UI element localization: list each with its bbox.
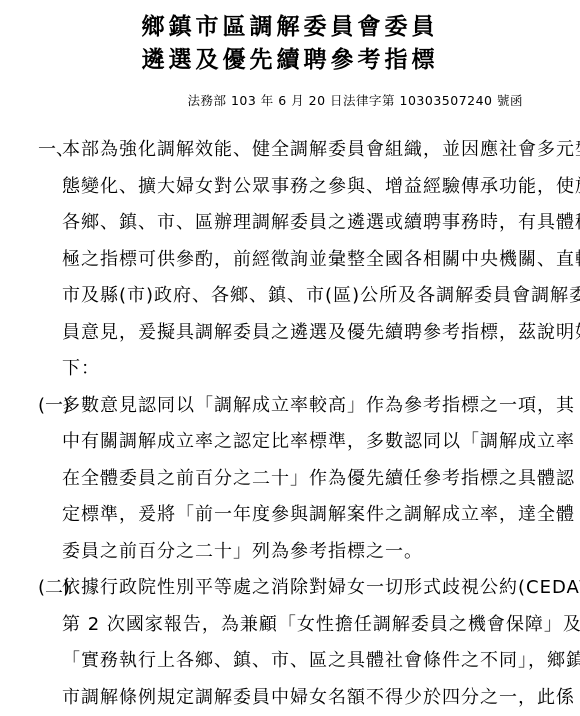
body-line-text: 依據行政院性別平等處之消除對婦女一切形式歧視公約(CEDAW) [62,577,580,598]
body-line: 中有關調解成立率之認定比率標準，多數認同以「調解成立率 [0,424,580,461]
title-line-2: 遴選及優先續聘參考指標 [0,44,580,77]
body-line: 極之指標可供參酌，前經徵詢並彙整全國各相關中央機關、直轄 [0,242,580,279]
body-line: (一)多數意見認同以「調解成立率較高」作為參考指標之一項，其 [0,388,580,425]
body-line-text: 下： [62,358,100,379]
body-line: 市調解條例規定調解委員中婦女名額不得少於四分之一，此係 [0,680,580,716]
body-line: 市及縣(市)政府、各鄉、鎮、市(區)公所及各調解委員會調解委 [0,278,580,315]
body-line: 各鄉、鎮、市、區辦理調解委員之遴選或續聘事務時，有具體積 [0,205,580,242]
body-line: 員意見，爰擬具調解委員之遴選及優先續聘參考指標，茲說明如 [0,315,580,352]
body-line-text: 市及縣(市)政府、各鄉、鎮、市(區)公所及各調解委員會調解委 [62,285,580,306]
body-line-text: 市調解條例規定調解委員中婦女名額不得少於四分之一，此係 [62,687,575,708]
body-line: 定標準，爰將「前一年度參與調解案件之調解成立率，達全體 [0,497,580,534]
document-title: 鄉鎮市區調解委員會委員 遴選及優先續聘參考指標 [0,0,580,77]
body-line-text: 「實務執行上各鄉、鎮、市、區之具體社會條件之不同」，鄉鎮 [62,650,580,671]
body-line: (二)依據行政院性別平等處之消除對婦女一切形式歧視公約(CEDAW) [0,570,580,607]
body-line-text: 各鄉、鎮、市、區辦理調解委員之遴選或續聘事務時，有具體積 [62,212,580,233]
list-marker: (二) [38,570,62,607]
body-line-text: 態變化、擴大婦女對公眾事務之參與、增益經驗傳承功能，使於 [62,176,580,197]
body-line-text: 第 2 次國家報告，為兼顧「女性擔任調解委員之機會保障」及 [62,614,580,635]
body-line-text: 中有關調解成立率之認定比率標準，多數認同以「調解成立率 [62,431,575,452]
body-line: 下： [0,351,580,388]
document-body: 一、本部為強化調解效能、健全調解委員會組織，並因應社會多元型 態變化、擴大婦女對… [0,132,580,716]
body-line-text: 在全體委員之前百分之二十」作為優先續任參考指標之具體認 [62,468,575,489]
body-line: 態變化、擴大婦女對公眾事務之參與、增益經驗傳承功能，使於 [0,169,580,206]
body-line-text: 員意見，爰擬具調解委員之遴選及優先續聘參考指標，茲說明如 [62,322,580,343]
body-line: 一、本部為強化調解效能、健全調解委員會組織，並因應社會多元型 [0,132,580,169]
body-line-text: 委員之前百分之二十」列為參考指標之一。 [62,541,423,562]
body-line: 第 2 次國家報告，為兼顧「女性擔任調解委員之機會保障」及 [0,607,580,644]
body-line-text: 定標準，爰將「前一年度參與調解案件之調解成立率，達全體 [62,504,575,525]
body-line: 委員之前百分之二十」列為參考指標之一。 [0,534,580,571]
body-line: 「實務執行上各鄉、鎮、市、區之具體社會條件之不同」，鄉鎮 [0,643,580,680]
document-page: 鄉鎮市區調解委員會委員 遴選及優先續聘參考指標 法務部 103 年 6 月 20… [0,0,580,716]
body-line-text: 極之指標可供參酌，前經徵詢並彙整全國各相關中央機關、直轄 [62,249,580,270]
body-line-text: 多數意見認同以「調解成立率較高」作為參考指標之一項，其 [62,395,575,416]
title-line-1: 鄉鎮市區調解委員會委員 [0,11,580,44]
list-marker: (一) [38,388,62,425]
body-line: 在全體委員之前百分之二十」作為優先續任參考指標之具體認 [0,461,580,498]
body-line-text: 本部為強化調解效能、健全調解委員會組織，並因應社會多元型 [62,139,580,160]
official-letter-reference: 法務部 103 年 6 月 20 日法律字第 10303507240 號函 [0,93,580,108]
list-marker: 一、 [38,132,62,169]
